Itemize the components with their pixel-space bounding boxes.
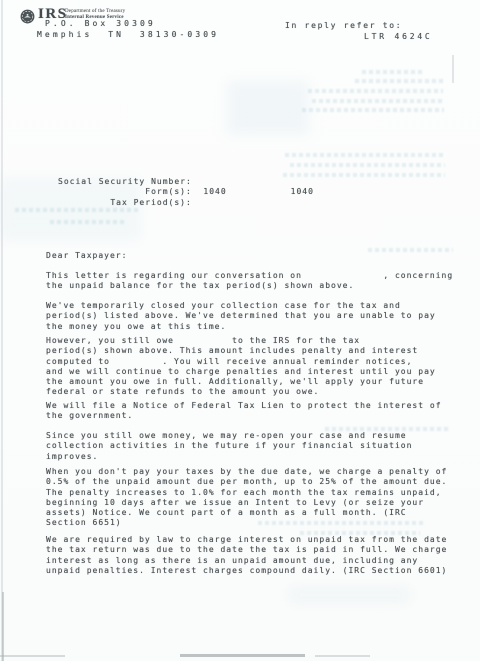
letter-paragraph: We've temporarily closed your collection… [46,301,436,332]
bleed-through-text-artifact [362,70,422,74]
bleed-through-text-artifact [302,108,444,112]
scan-edge-line [180,654,305,657]
bleed-through-text-artifact [312,99,444,103]
scan-edge-line [0,655,65,657]
letter-code: LTR 4624C [364,32,433,42]
scan-edge-line [2,592,4,661]
letterhead: IRS Department of the Treasury Internal … [0,0,480,48]
bleed-through-text-artifact [355,79,443,83]
taxpayer-reference-block: Social Security Number: Form(s): 1040 10… [58,177,314,208]
bleed-through-text-artifact [290,163,445,167]
bleed-through-wash [228,82,308,134]
bleed-through-text-artifact [15,208,140,212]
salutation: Dear Taxpayer: [46,251,127,261]
return-address-line-1: P.O. Box 30309 [45,19,156,29]
bleed-through-text-artifact [308,89,443,93]
letter-paragraph: We are required by law to charge interes… [46,535,447,576]
letter-paragraph: However, you still owe to the IRS for th… [46,336,436,398]
letter-paragraph: Since you still owe money, we may re-ope… [46,431,412,462]
reply-refer-label: In reply refer to: [285,21,402,31]
scanned-irs-letter-page: IRS Department of the Treasury Internal … [0,0,480,661]
bleed-through-text-artifact [50,220,125,224]
scan-edge-mark [452,55,454,83]
bleed-through-text-artifact [285,153,445,157]
return-address-line-2: Memphis TN 38130-0309 [37,30,219,40]
agency-line-1: Department of the Treasury [65,9,125,14]
irs-eagle-seal-icon [20,9,35,24]
scan-edge-line [315,655,370,657]
letter-paragraph: When you don't pay your taxes by the due… [46,467,447,529]
letter-paragraph: This letter is regarding our conversatio… [46,271,453,292]
bleed-through-text-artifact [368,248,453,252]
bleed-through-wash [290,588,410,602]
letter-paragraph: We will file a Notice of Federal Tax Lie… [46,401,442,422]
scan-edge-line [1,0,3,661]
